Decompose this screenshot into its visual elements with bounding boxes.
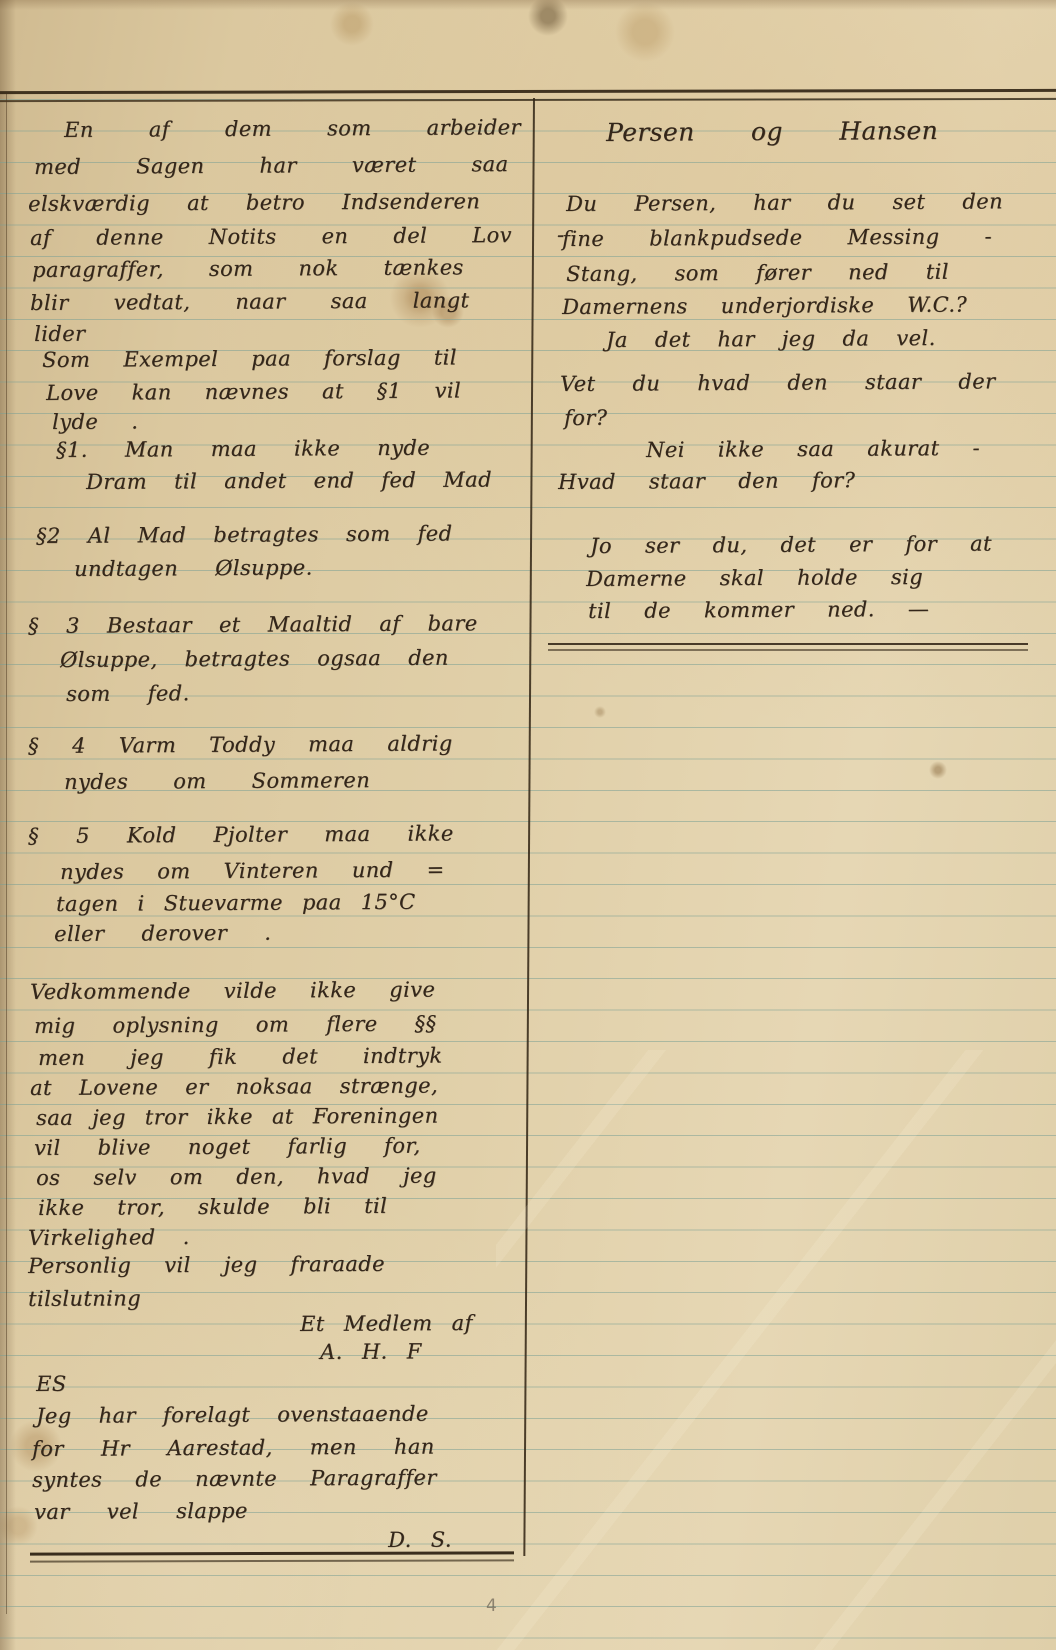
handwritten-line: Hvad staar den for? [558, 468, 855, 494]
handwritten-line: Ja det har jeg da vel. [606, 326, 936, 352]
handwritten-line: § 3 Bestaar et Maaltid af bare [28, 611, 478, 638]
handwritten-line: Et Medlem af [300, 1311, 473, 1336]
handwritten-line: Damerne skal holde sig [586, 565, 923, 591]
handwritten-line: §2 Al Mad betragtes som fed [36, 521, 452, 548]
handwritten-line: Nei ikke saa akurat - [646, 436, 980, 462]
notebook-page: En af dem som arbeider med Sagen har vær… [0, 0, 1056, 1650]
handwritten-line: elskværdig at betro Indsenderen [28, 189, 480, 216]
left-margin-line [6, 94, 7, 1614]
paper-crease [496, 1050, 1056, 1650]
handwritten-line: ES [36, 1372, 67, 1396]
handwritten-line: lyde . [52, 409, 138, 434]
handwritten-line: syntes de nævnte Paragraffer [32, 1466, 437, 1492]
handwritten-line: lider [34, 322, 85, 346]
handwritten-line: var vel slappe [34, 1499, 248, 1524]
handwritten-line: til de kommer ned. — [588, 597, 929, 623]
handwritten-line: Jeg har forelagt ovenstaaende [36, 1402, 429, 1428]
handwritten-line: §1. Man maa ikke nyde [56, 436, 430, 462]
handwritten-line: men jeg fik det indtryk [38, 1044, 443, 1070]
handwritten-line: Vet du hvad den staar der [560, 369, 996, 396]
handwritten-line: blir vedtat, naar saa langt [30, 288, 469, 315]
handwritten-line: med Sagen har været saa [34, 152, 509, 179]
handwritten-line: fine blankpudsede Messing - [562, 224, 992, 251]
handwritten-line: os selv om den, hvad jeg [36, 1164, 437, 1190]
handwritten-line: Virkelighed . [28, 1225, 190, 1250]
handwritten-line: tilslutning [28, 1286, 141, 1311]
handwritten-line: Damernens underjordiske W.C.? [562, 293, 967, 319]
handwritten-line: En af dem som arbeider [64, 115, 521, 142]
handwritten-line: saa jeg tror ikke at Foreningen [36, 1104, 439, 1130]
handwritten-line: Personlig vil jeg fraraade [28, 1252, 385, 1278]
handwritten-line: nydes om Sommeren [64, 768, 370, 794]
right-column-end-rule [548, 643, 1028, 651]
left-column-end-rule [30, 1551, 514, 1562]
handwritten-line: Love kan nævnes at §1 vil [46, 378, 461, 405]
handwritten-line: tagen i Stuevarme paa 15°C [56, 890, 416, 916]
handwritten-line: mig oplysning om flere §§ [34, 1012, 437, 1038]
handwritten-line: at Lovene er noksaa strænge, [30, 1074, 438, 1100]
handwritten-line: paragraffer, som nok tænkes [32, 255, 464, 282]
top-rule-line [0, 89, 1056, 102]
handwritten-line: Jo ser du, det er for at [590, 532, 992, 558]
handwritten-line: D. S. [388, 1528, 452, 1552]
handwritten-line: vil blive noget farlig for, [34, 1134, 421, 1160]
handwritten-line: Dram til andet end fed Mad [86, 468, 492, 494]
handwritten-line: eller derover . [54, 921, 271, 946]
handwritten-line: af denne Notits en del Lov - [30, 223, 565, 250]
handwritten-line: A. H. F [320, 1339, 422, 1364]
handwritten-line: nydes om Vinteren und = [60, 858, 445, 884]
handwritten-line: Stang, som fører ned til [566, 260, 949, 286]
handwritten-line: undtagen Ølsuppe. [74, 556, 313, 581]
handwritten-line: Som Exempel paa forslag til [42, 345, 457, 372]
handwritten-line: Ølsuppe, betragtes ogsaa den [60, 646, 449, 672]
pencil-mark: 4 [486, 1596, 497, 1616]
handwritten-line: som fed. [66, 681, 190, 706]
handwritten-line: for Hr Aarestad, men han [32, 1435, 435, 1461]
handwritten-line: for? [564, 406, 607, 430]
dialogue-title: Persen og Hansen [606, 116, 938, 147]
handwritten-line: § 4 Varm Toddy maa aldrig [28, 731, 453, 758]
handwritten-line: Vedkommende vilde ikke give [30, 978, 435, 1004]
handwritten-line: § 5 Kold Pjolter maa ikke [28, 821, 454, 848]
handwritten-line: Du Persen, har du set den [566, 189, 1003, 216]
handwritten-line: ikke tror, skulde bli til [38, 1194, 387, 1220]
